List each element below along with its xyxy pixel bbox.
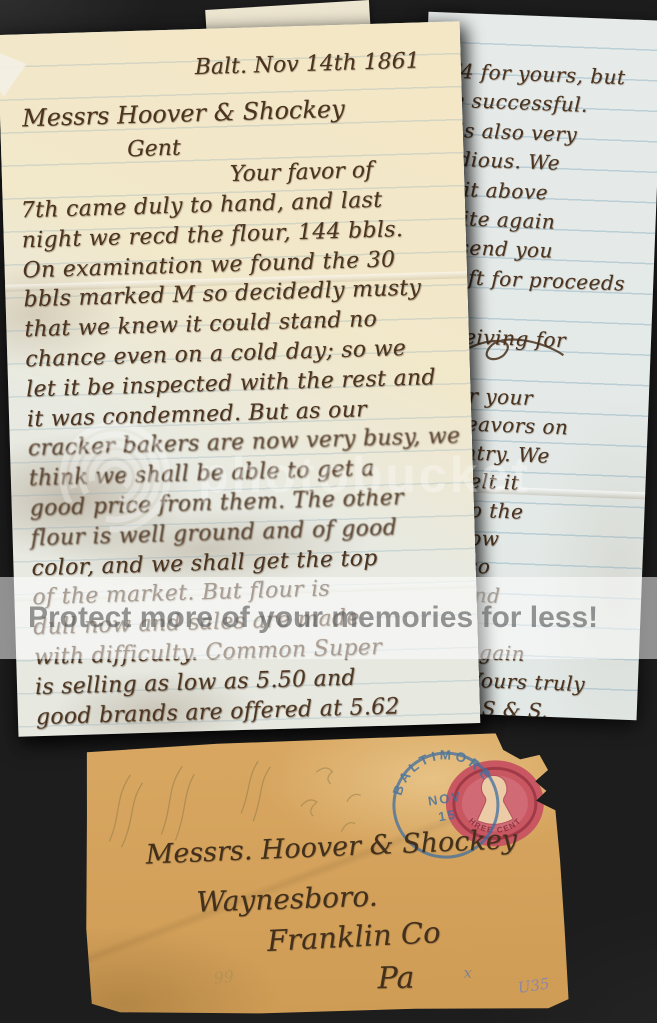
letter-salutation-gent: Gent — [127, 136, 181, 163]
letter-signature: S & S. — [481, 697, 584, 721]
pencil-mark-x: x — [463, 964, 472, 982]
page-corner-fold — [0, 50, 28, 97]
postmark-month: NOV — [427, 789, 463, 809]
letter-main-page: Balt. Nov 14th 1861 Messrs Hoover & Shoc… — [0, 21, 480, 736]
pencil-note-u35: U35 — [517, 974, 551, 997]
letter-closing: Yours truly — [468, 668, 585, 701]
postmark-city: BALTIMORE — [384, 740, 497, 800]
envelope: THREE CENTS BALTIMORE NOV 15 Messrs. Hoo… — [82, 732, 570, 1018]
letter-heading-date: Balt. Nov 14th 1861 — [194, 49, 420, 81]
postmark-day: 15 — [437, 807, 458, 825]
envelope-address-line-4: Pa — [377, 961, 414, 997]
letter-opening-line: Your favor of — [230, 158, 374, 187]
envelope-address-line-3: Franklin Co — [266, 915, 441, 958]
photo-stage: 3/4 for yours, but be successful. a is a… — [0, 0, 657, 1023]
svg-text:BALTIMORE: BALTIMORE — [384, 740, 497, 800]
pencil-note-99: 99 — [213, 966, 235, 987]
letter-body: 7th came duly to hand, and last night we… — [21, 186, 469, 735]
envelope-address-line-2: Waynesboro. — [196, 880, 378, 919]
letter-salutation: Messrs Hoover & Shockey — [22, 95, 345, 133]
